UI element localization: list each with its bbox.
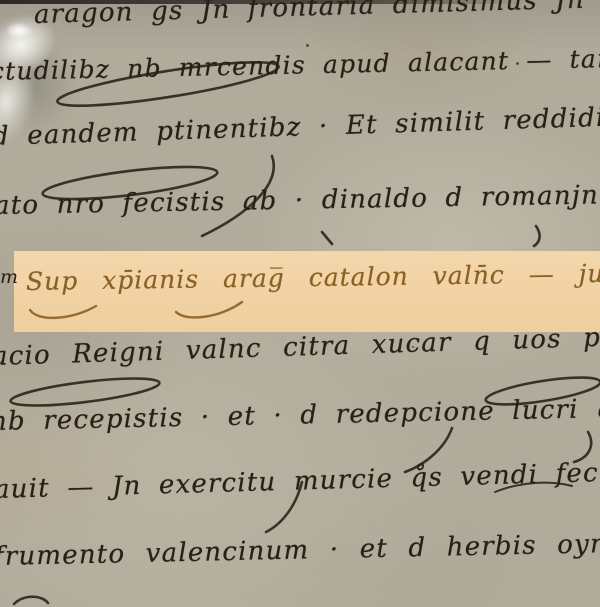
manuscript-text-line: auit — Jn exercitu murcie q̊s vendi feci…	[0, 455, 600, 505]
manuscript-text-line: d eandem ptinentibz · Et similit reddidi…	[0, 100, 600, 152]
margin-mark: m	[0, 266, 18, 288]
manuscript-scan: Sup xp̄ianis arag̅ catalon valn̄c — jud̄…	[0, 0, 600, 607]
ink-speck	[306, 44, 309, 47]
manuscript-text-line: nb recepistis · et · d redepcione lucri …	[0, 392, 600, 437]
manuscript-text-line: aragon gs Jn frontaria dimisimus Jn re	[34, 0, 600, 30]
highlighted-passage-text: Sup xp̄ianis arag̅ catalon valn̄c — jud̄…	[26, 258, 600, 296]
manuscript-text-line: frumento valencinum · et d herbis oymoir…	[0, 527, 600, 572]
manuscript-text-line: ctudilibz nb mrcendis apud alacant — tam…	[0, 43, 600, 86]
highlighted-passage-region[interactable]: Sup xp̄ianis arag̅ catalon valn̄c — jud̄…	[14, 251, 600, 332]
manuscript-text-line: ato nro fecistis ab · dinaldo d romanjno…	[0, 179, 600, 221]
glare-artifact	[5, 22, 33, 39]
